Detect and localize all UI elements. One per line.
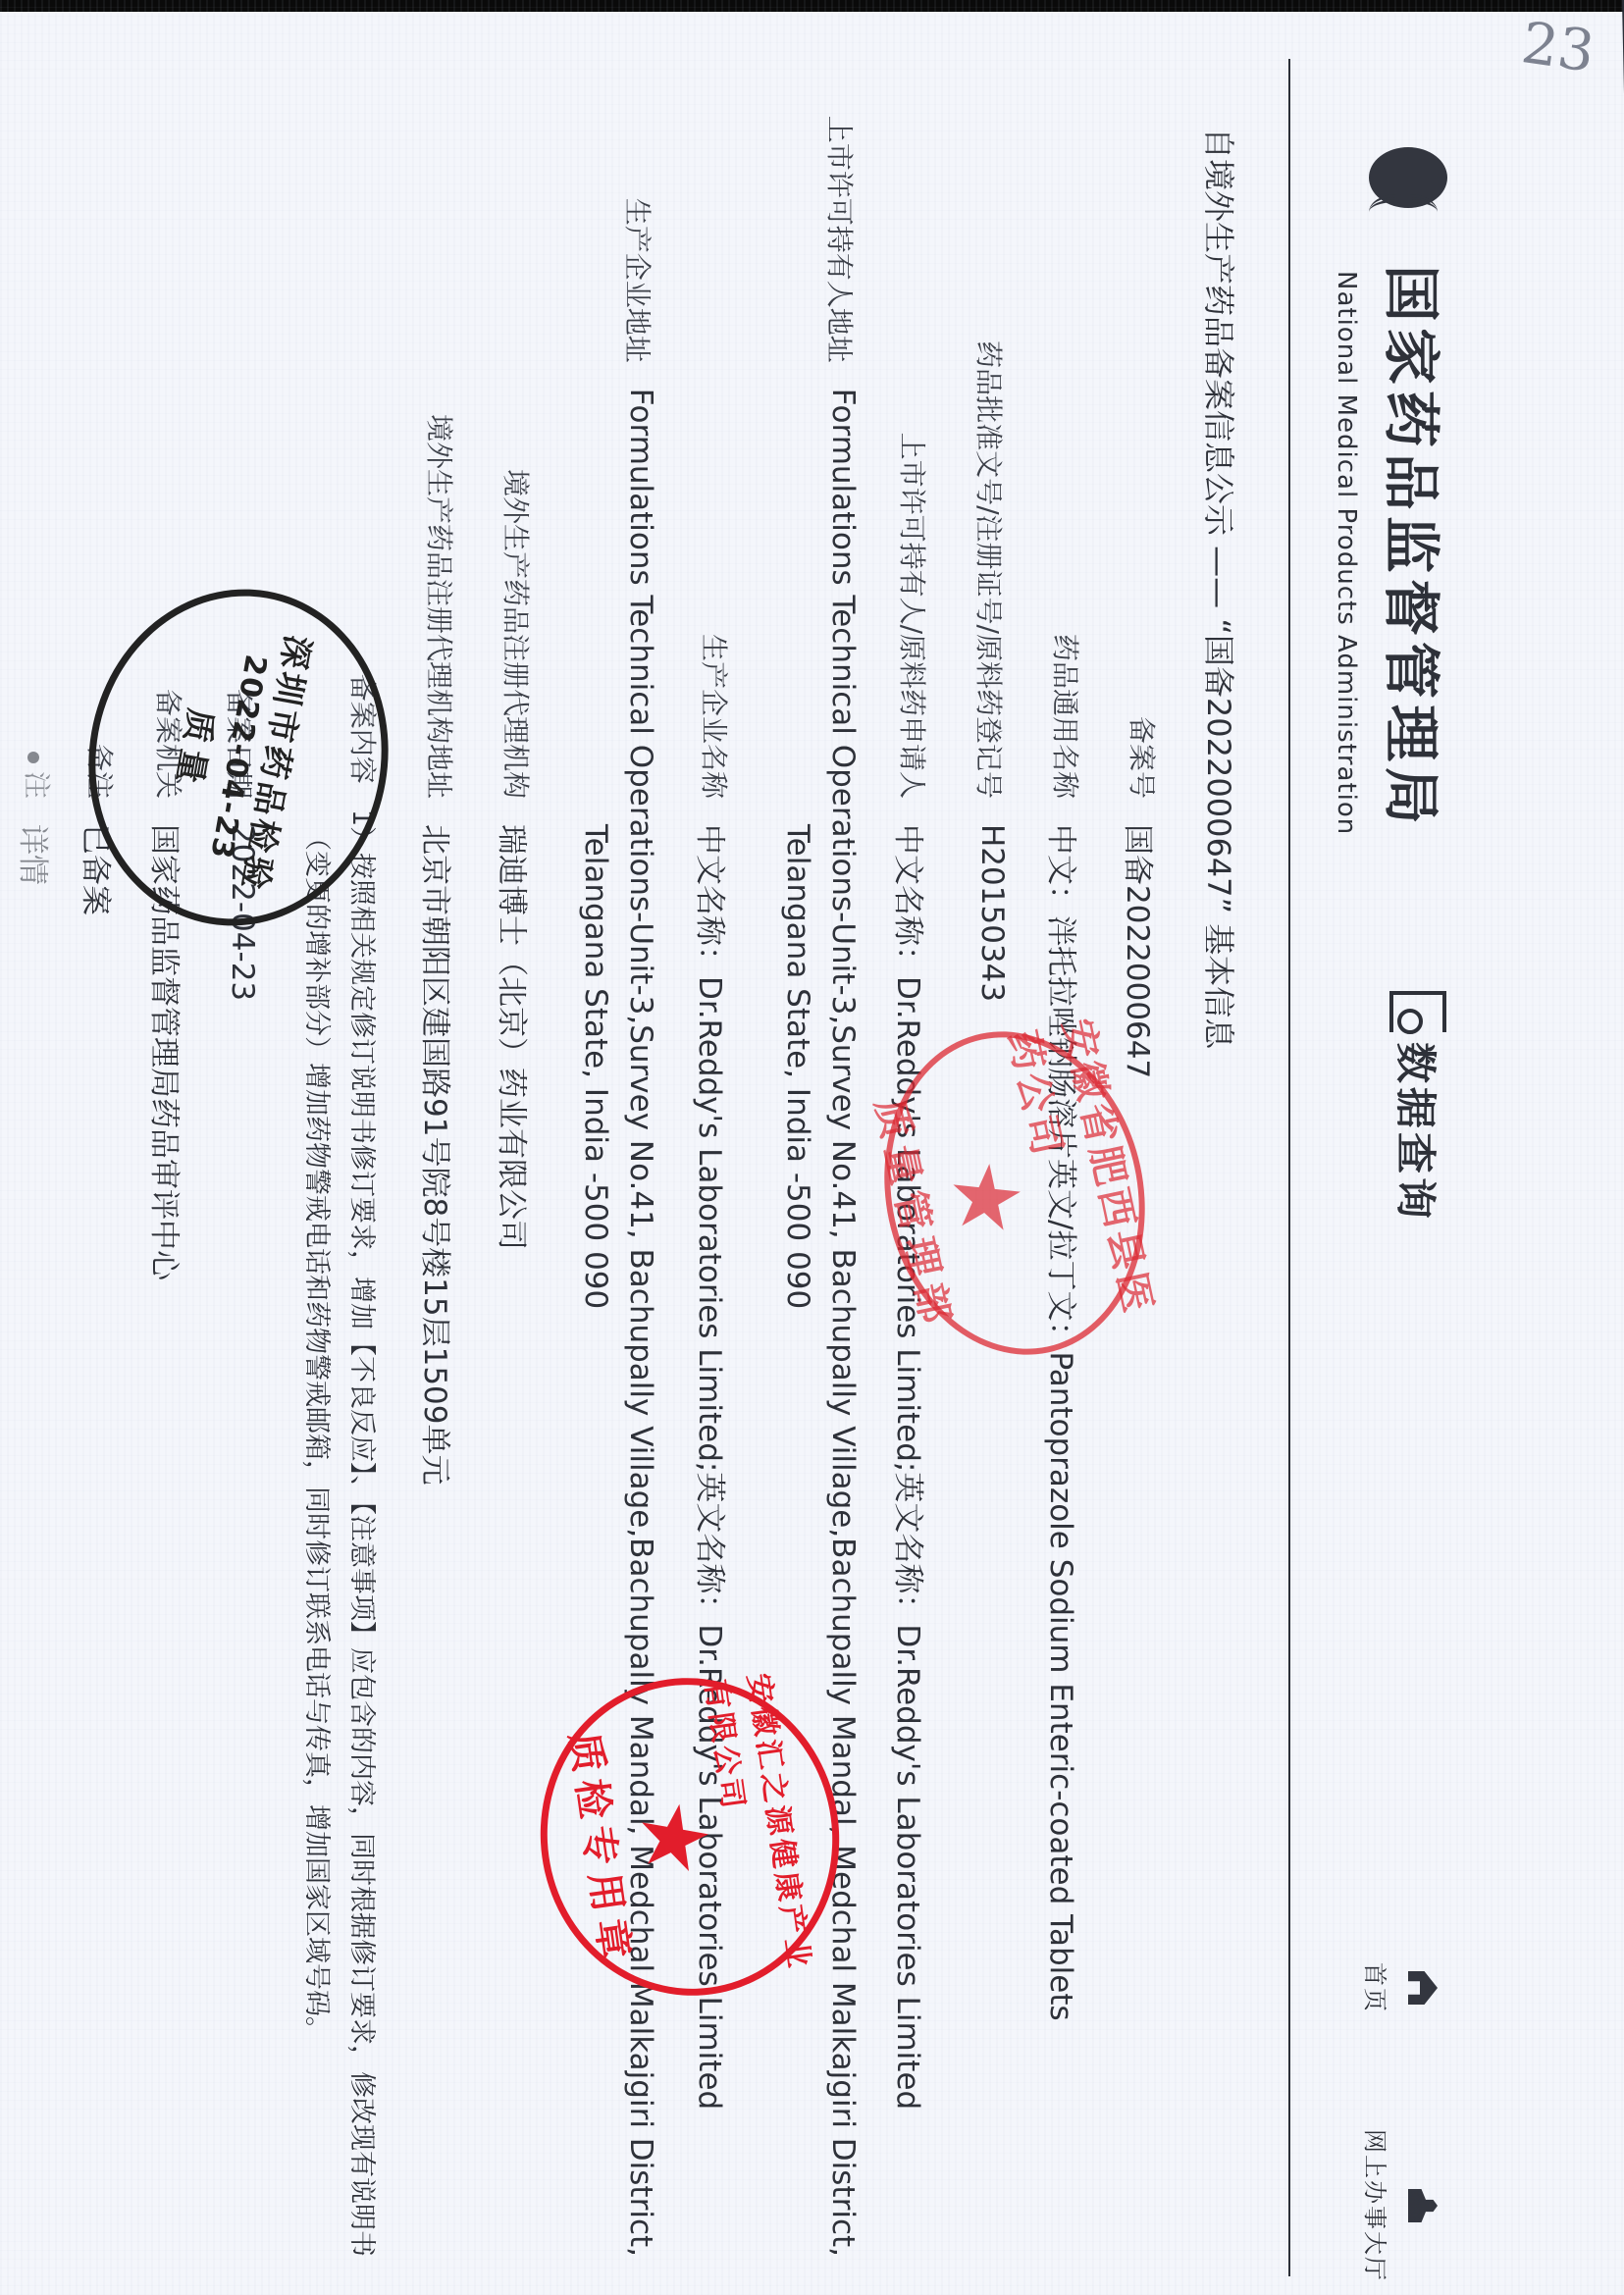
org-name-en: National Medical Products Administration <box>1332 271 1361 835</box>
data-query-label: 数据查询 <box>1388 1042 1447 1223</box>
field-note: 注 详情 <box>14 0 58 2257</box>
home-icon <box>1408 1971 1438 2005</box>
header-divider <box>1288 59 1290 2276</box>
nav-online-office-label: 网上办事大厅 <box>1360 2129 1394 2282</box>
data-query-link[interactable]: 数据查询 <box>1388 991 1447 1223</box>
nav-online-office[interactable]: 网上办事大厅 <box>1360 2129 1438 2282</box>
document-title: 自境外生产药品备案信息公示 —— “国备2022000647” 基本信息 <box>1198 128 1243 1049</box>
star-icon: ★ <box>936 1151 1039 1247</box>
field-record-content: 备案内容 1）按照相关规定修订说明书修订要求，增加【不良反应】、【注意事项】应包… <box>286 0 384 2257</box>
people-icon <box>1408 2189 1438 2222</box>
field-agent: 境外生产药品注册代理机构 瑞迪博士（北京）药业有限公司 <box>493 0 537 2257</box>
nav-home[interactable]: 首页 <box>1360 1962 1438 2013</box>
field-agent-address: 境外生产药品注册代理机构地址 北京市朝阳区建国路91号院8号楼15层1509单元 <box>416 0 460 2257</box>
rotated-document-page: 国家药品监督管理局 National Medical Products Admi… <box>0 0 1624 2295</box>
nav-home-label: 首页 <box>1360 1962 1394 2013</box>
field-remarks: 备注 已备案 <box>77 0 121 2257</box>
field-record-authority: 备案机关 国家药品监督管理局药品审评中心 <box>145 0 189 2257</box>
search-document-icon <box>1389 991 1446 1032</box>
org-name-cn: 国家药品监督管理局 <box>1375 265 1457 830</box>
field-record-date: 备案日期 2022-04-23 <box>221 0 260 2257</box>
bullet-icon <box>27 752 39 763</box>
nmpa-logo-icon <box>1359 147 1447 235</box>
star-icon: ★ <box>625 1794 723 1884</box>
